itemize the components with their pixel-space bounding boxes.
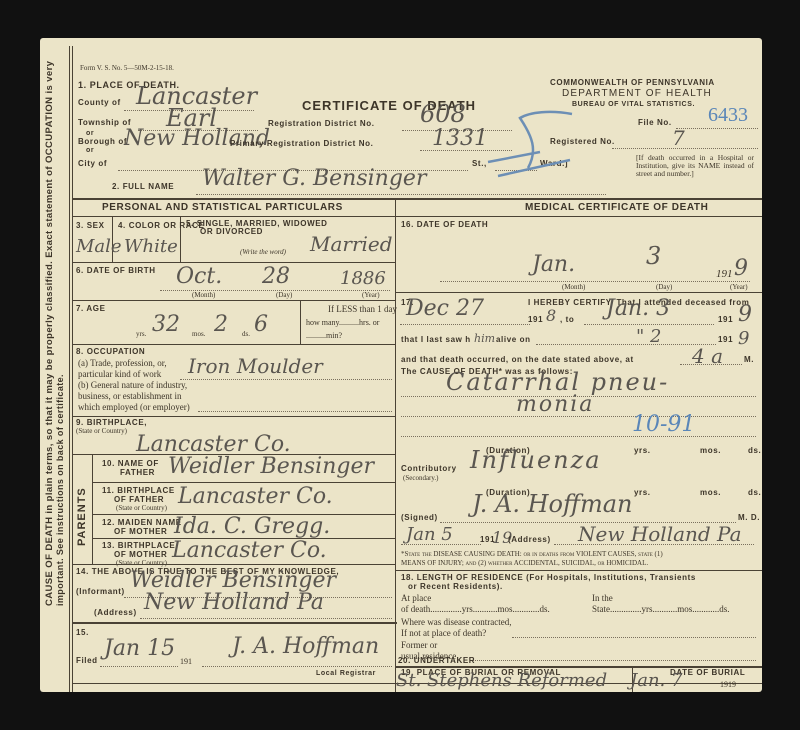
- sex-label: 3. SEX: [76, 221, 105, 230]
- file-no-label: File No.: [638, 118, 672, 127]
- date-of-death-label: 16. DATE OF DEATH: [401, 220, 488, 229]
- dob-day: 28: [262, 264, 290, 289]
- registered-no-value: 7: [672, 126, 685, 150]
- death-month: Jan.: [532, 252, 575, 277]
- cause-line2: monia: [516, 392, 594, 417]
- primary-reg-district-label: Primary Registration District No.: [230, 139, 373, 148]
- last-saw-pronoun: him: [474, 332, 495, 345]
- personal-header: PERSONAL AND STATISTICAL PARTICULARS: [102, 202, 343, 213]
- county-label: County of: [78, 98, 121, 107]
- classification-code: 10-91: [632, 412, 695, 437]
- form-number: Form V. S. No. 5—50M-2-15-18.: [80, 64, 174, 72]
- borough-label: Borough of: [78, 137, 127, 146]
- color-value: White: [124, 236, 178, 257]
- dob-month: Oct.: [176, 264, 222, 289]
- footnote-line1: *State the DISEASE CAUSING DEATH: or in …: [401, 550, 663, 558]
- burial-place-value: St. Stephens Reformed: [396, 670, 607, 691]
- marital-value: Married: [310, 232, 393, 256]
- contributory-value: Influenza: [470, 446, 602, 474]
- attended-to: Jan. 3: [606, 296, 670, 321]
- reg-district-value: 608: [420, 100, 466, 128]
- medical-header: MEDICAL CERTIFICATE OF DEATH: [525, 202, 708, 213]
- death-time-label: and that death occurred, on the date sta…: [401, 355, 634, 364]
- signed-date: Jan 5: [406, 524, 453, 545]
- physician-signature: J. A. Hoffman: [472, 490, 633, 518]
- mother-name-value: Ida. C. Gregg.: [174, 514, 330, 539]
- agency-line3: BUREAU OF VITAL STATISTICS.: [572, 101, 695, 108]
- file-no-value: 6433: [708, 104, 748, 127]
- attended-from: Dec 27: [406, 296, 484, 321]
- mother-birthplace-value: Lancaster Co.: [172, 538, 327, 563]
- agency-line2: DEPARTMENT OF HEALTH: [562, 88, 712, 99]
- age-months: 2: [214, 312, 228, 337]
- parents-label: PARENTS: [76, 487, 88, 546]
- full-name-label: 2. FULL NAME: [112, 182, 174, 191]
- contributory-label: Contributory: [401, 464, 457, 473]
- full-name-value: Walter G. Bensinger: [202, 166, 426, 191]
- margin-note-line2: important. See instructions on back of c…: [55, 374, 65, 606]
- death-certificate: CAUSE OF DEATH in plain terms, so that i…: [40, 38, 762, 692]
- local-registrar-signature: J. A. Hoffman: [232, 634, 379, 659]
- occupation-label: 8. OCCUPATION: [76, 347, 145, 356]
- informant-address-value: New Holland Pa: [144, 590, 324, 615]
- age-label: 7. AGE: [76, 304, 106, 313]
- margin-note-line1: CAUSE OF DEATH in plain terms, so that i…: [44, 61, 55, 606]
- margin-rule: [69, 46, 70, 692]
- birthplace-label: 9. BIRTHPLACE,: [76, 418, 147, 427]
- father-birthplace-value: Lancaster Co.: [178, 484, 333, 509]
- dob-year: 1886: [340, 268, 386, 289]
- agency-line1: COMMONWEALTH OF PENNSYLVANIA: [550, 78, 715, 87]
- registrar-check-mark: [480, 106, 590, 186]
- signed-label: (Signed): [401, 513, 438, 522]
- death-year: 9: [734, 256, 748, 281]
- father-name-value: Weidler Bensinger: [168, 454, 374, 479]
- burial-date-value: Jan. 7: [630, 670, 682, 691]
- occupation-value: Iron Moulder: [188, 354, 323, 378]
- filed-label: Filed: [76, 656, 98, 665]
- reg-district-label: Registration District No.: [268, 119, 375, 128]
- last-saw-date: " 2: [636, 326, 661, 347]
- age-days: 6: [254, 312, 268, 337]
- margin-rule: [72, 46, 73, 692]
- residence-label: 18. LENGTH OF RESIDENCE (For Hospitals, …: [401, 573, 696, 582]
- dob-label: 6. DATE OF BIRTH: [76, 266, 156, 275]
- death-time: 4 a: [692, 344, 723, 368]
- city-label: City of: [78, 159, 107, 168]
- hospital-note: [If death occurred in a Hospital or Inst…: [636, 154, 754, 178]
- age-years: 32: [152, 312, 180, 337]
- physician-address: New Holland Pa: [578, 522, 742, 546]
- death-day: 3: [646, 242, 661, 270]
- filed-date: Jan 15: [104, 636, 175, 661]
- footnote-line2: MEANS OF INJURY; and (2) whether ACCIDEN…: [401, 559, 648, 567]
- sex-value: Male: [76, 236, 122, 257]
